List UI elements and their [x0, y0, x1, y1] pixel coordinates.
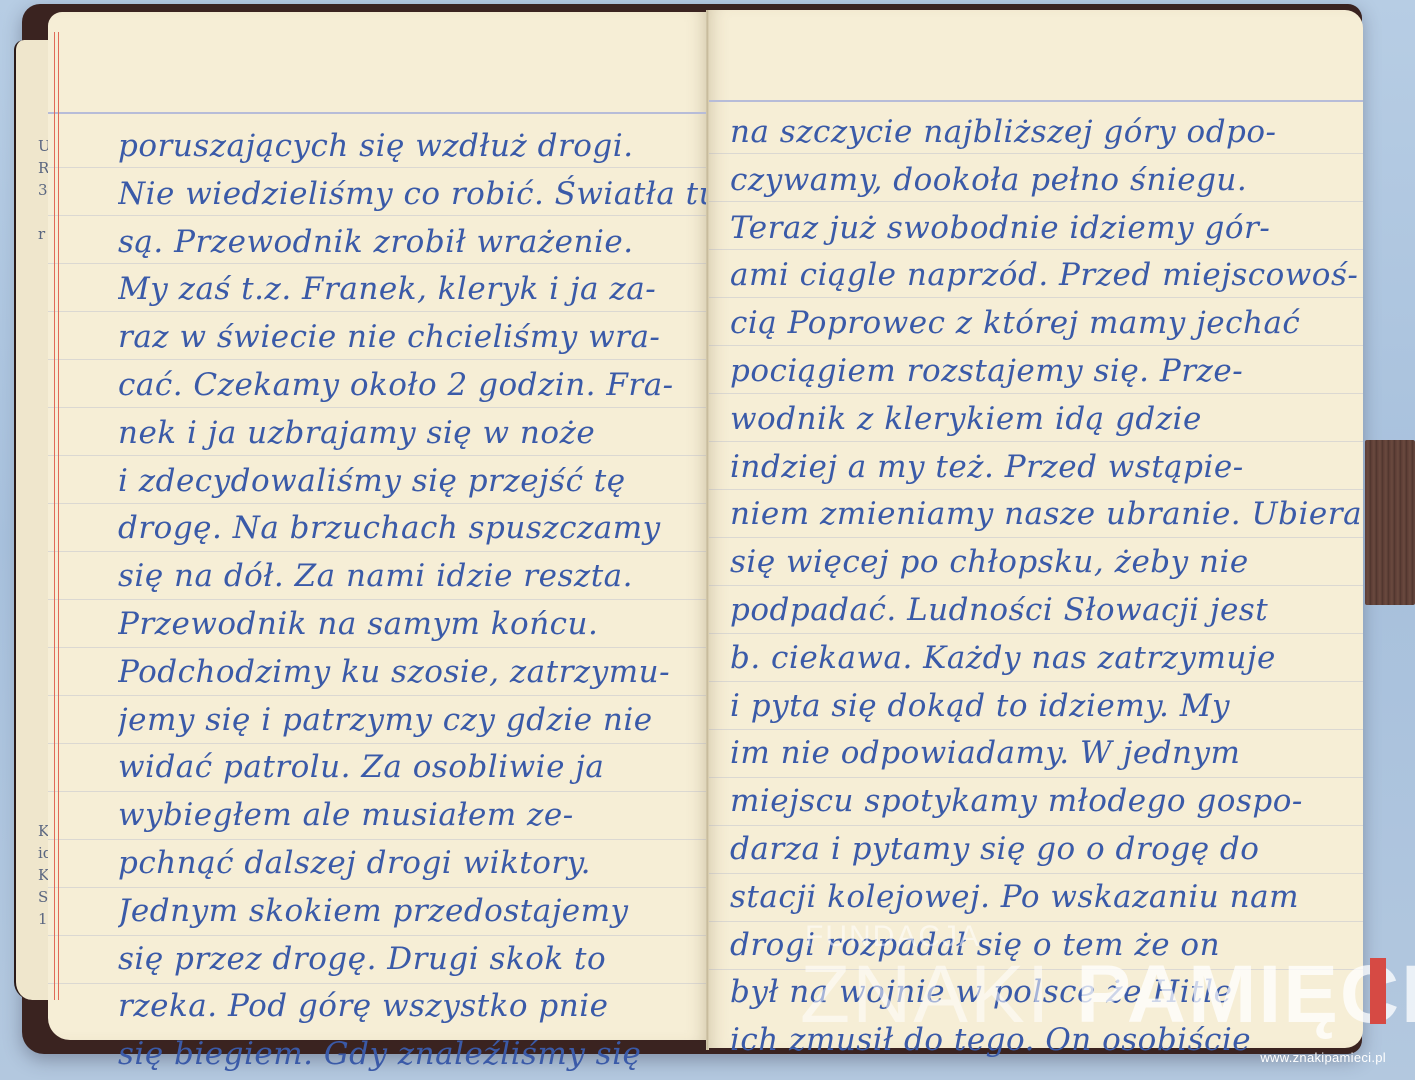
handwritten-line: stacji kolejowej. Po wskazaniu nam: [730, 875, 1363, 923]
left-page: poruszających się wzdłuż drogi. Nie wied…: [48, 12, 708, 1040]
handwritten-line: Nie wiedzieliśmy co robić. Światła tuż: [118, 172, 708, 220]
handwritten-line: się więcej po chłopsku, żeby nie: [730, 540, 1363, 588]
handwritten-line: cać. Czekamy około 2 godzin. Fra-: [118, 363, 708, 411]
handwritten-line: widać patrolu. Za osobliwie ja: [118, 745, 708, 793]
book-spine-gutter: [706, 10, 709, 1050]
handwritten-line: i zdecydowaliśmy się przejść tę: [118, 459, 708, 507]
handwritten-line: wybiegłem ale musiałem ze-: [118, 793, 708, 841]
handwritten-line: Jednym skokiem przedostajemy: [118, 889, 708, 937]
handwritten-line: i pyta się dokąd to idziemy. My: [730, 684, 1363, 732]
handwritten-line: drogi rozpadał się o tem że on: [730, 923, 1363, 971]
handwritten-line: się biegiem. Gdy znaleźliśmy się: [118, 1032, 708, 1080]
handwritten-line: są. Przewodnik zrobił wrażenie.: [118, 220, 708, 268]
handwritten-line: nek i ja uzbrajamy się w noże: [118, 411, 708, 459]
handwritten-line: się na dół. Za nami idzie reszta.: [118, 554, 708, 602]
left-page-text: poruszających się wzdłuż drogi. Nie wied…: [118, 124, 708, 1080]
handwritten-line: drogę. Na brzuchach spuszczamy: [118, 506, 708, 554]
handwritten-line: b. ciekawa. Każdy nas zatrzymuje: [730, 636, 1363, 684]
handwritten-line: jemy się i patrzymy czy gdzie nie: [118, 698, 708, 746]
handwritten-line: pchnąć dalszej drogi wiktory.: [118, 841, 708, 889]
header-rule: [48, 112, 708, 114]
handwritten-line: indziej a my też. Przed wstąpie-: [730, 445, 1363, 493]
handwritten-line: darza i pytamy się go o drogę do: [730, 827, 1363, 875]
handwritten-line: My zaś t.z. Franek, kleryk i ja za-: [118, 267, 708, 315]
handwritten-line: ami ciągle naprzód. Przed miejscowoś-: [730, 253, 1363, 301]
handwritten-line: miejscu spotykamy młodego gospo-: [730, 779, 1363, 827]
handwritten-line: Przewodnik na samym końcu.: [118, 602, 708, 650]
handwritten-line: pociągiem rozstajemy się. Prze-: [730, 349, 1363, 397]
handwritten-line: na szczycie najbliższej góry odpo-: [730, 110, 1363, 158]
handwritten-line: ich zmusił do tego. On osobiście: [730, 1018, 1363, 1066]
handwritten-line: się przez drogę. Drugi skok to: [118, 937, 708, 985]
right-page: na szczycie najbliższej góry odpo- czywa…: [708, 10, 1363, 1048]
handwritten-line: Teraz już swobodnie idziemy gór-: [730, 206, 1363, 254]
header-rule: [708, 100, 1363, 102]
handwritten-line: czywamy, dookoła pełno śniegu.: [730, 158, 1363, 206]
handwritten-line: był na wojnie w polsce że Hitle: [730, 970, 1363, 1018]
handwritten-line: poruszających się wzdłuż drogi.: [118, 124, 708, 172]
margin-line-red-inner: [58, 32, 59, 1000]
handwritten-line: cią Poprowec z której mamy jechać: [730, 301, 1363, 349]
right-page-text: na szczycie najbliższej góry odpo- czywa…: [730, 110, 1363, 1066]
handwritten-line: raz w świecie nie chcieliśmy wra-: [118, 315, 708, 363]
closure-strap: [1365, 440, 1415, 605]
margin-line-red: [54, 32, 55, 1000]
handwritten-line: niem zmieniamy nasze ubranie. Ubieramy: [730, 492, 1363, 540]
handwritten-line: rzeka. Pod górę wszystko pnie: [118, 984, 708, 1032]
handwritten-line: Podchodzimy ku szosie, zatrzymu-: [118, 650, 708, 698]
handwritten-line: wodnik z klerykiem idą gdzie: [730, 397, 1363, 445]
handwritten-line: podpadać. Ludności Słowacji jest: [730, 588, 1363, 636]
handwritten-line: im nie odpowiadamy. W jednym: [730, 731, 1363, 779]
